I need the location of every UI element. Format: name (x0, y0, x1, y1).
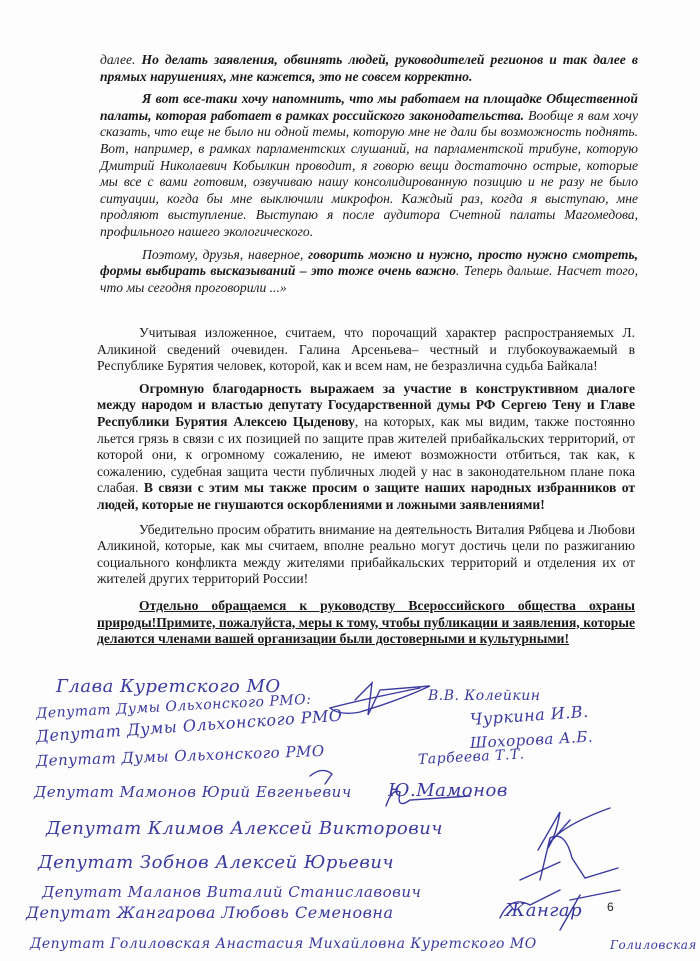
page-number: 6 (607, 900, 614, 914)
scanned-document-page: далее. Но делать заявления, обвинять люд… (0, 0, 700, 961)
signature-scribbles-icon (0, 0, 700, 961)
